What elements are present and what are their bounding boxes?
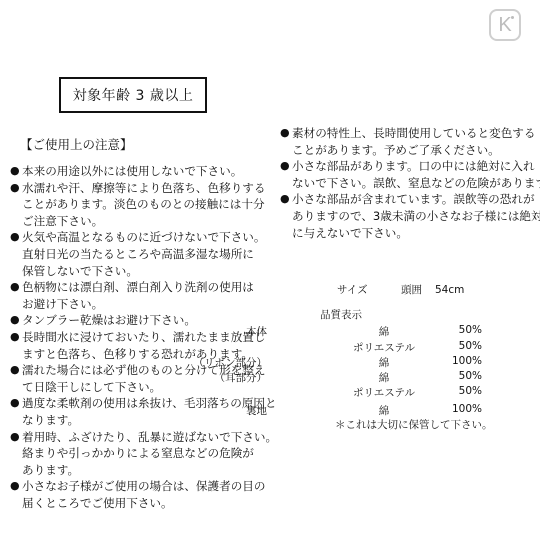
quality-part: （耳部分） [215,370,268,385]
bullet-icon: ● [10,429,20,446]
item-text: 絡まりや引っかかりによる窒息などの危険が [22,445,280,462]
list-item: ●小さなお子様がご使用の場合は、保護者の目の届くところでご使用下さい。 [10,478,280,511]
bullet-icon: ● [280,158,290,175]
logo-dot [511,16,514,19]
quality-part: 裏地 [246,403,267,418]
size-label: サイズ [337,283,368,298]
list-item: ●小さな部品が含まれています。誤飲等の恐れがありますので、3歳未満の小さなお子様… [280,191,540,241]
item-text: 小さなお子様がご使用の場合は、保護者の目の [22,478,280,495]
quality-percent: 100% [452,355,482,367]
age-label: 対象年齢 3 歳以上 [73,85,194,105]
quality-row: ポリエステル50% [0,340,540,355]
item-text: ことがあります。淡色のものとの接触には十分 [22,196,280,213]
quality-percent: 50% [459,370,482,382]
item-text: 水濡れや汗、摩擦等により色落ち、色移りする [22,180,280,197]
quality-material: 綿 [379,355,390,370]
item-text: 着用時、ふざけたり、乱暴に遊ばないで下さい。 [22,429,280,446]
item-text: に与えないで下さい。 [292,225,540,242]
bullet-icon: ● [10,163,20,180]
size-row: サイズ 頭囲 54cm [0,283,540,299]
item-text: 素材の特性上、長時間使用していると変色する [292,125,540,142]
logo-letter: K [498,14,511,37]
bullet-icon: ● [280,191,290,208]
list-item: ●本来の用途以外には使用しないで下さい。 [10,163,280,180]
bullet-icon: ● [10,180,20,197]
item-text: 火気や高温となるものに近づけないで下さい。 [22,229,280,246]
item-text: ことがあります。予めご了承ください。 [292,142,540,159]
item-text: あります。 [22,462,280,479]
quality-row: ポリエステル50% [0,385,540,400]
quality-material: ポリエステル [353,385,415,400]
age-label-box: 対象年齢 3 歳以上 [59,77,207,113]
material-warnings: ●素材の特性上、長時間使用していると変色することがあります。予めご了承ください。… [280,125,540,241]
list-item: ●素材の特性上、長時間使用していると変色することがあります。予めご了承ください。 [280,125,540,158]
item-text: 保管しないで下さい。 [22,263,280,280]
item-text: ないで下さい。誤飲、窒息などの危険があります。 [292,175,540,192]
quality-part: 本体 [246,324,267,339]
quality-title: 品質表示 [320,307,362,322]
quality-percent: 50% [459,385,482,397]
item-text: 小さな部品があります。口の中には絶対に入れ [292,158,540,175]
item-text: 直射日光の当たるところや高温多湿な場所に [22,246,280,263]
warnings-list: ●素材の特性上、長時間使用していると変色することがあります。予めご了承ください。… [280,125,540,241]
bullet-icon: ● [280,125,290,142]
quality-material: ポリエステル [353,340,415,355]
size-value: 54cm [435,283,464,298]
quality-row: （リボン部分）綿100% [0,355,540,370]
quality-material: 綿 [379,403,390,418]
quality-percent: 50% [459,340,482,352]
quality-material: 綿 [379,324,390,339]
quality-part: （リボン部分） [194,355,268,370]
bullet-icon: ● [10,229,20,246]
list-item: ●着用時、ふざけたり、乱暴に遊ばないで下さい。絡まりや引っかかりによる窒息などの… [10,429,280,479]
bullet-icon: ● [10,478,20,495]
quality-row: 本体綿50% [0,324,540,339]
item-text: ご注意下さい。 [22,213,280,230]
item-text: 本来の用途以外には使用しないで下さい。 [22,163,280,180]
list-item: ●火気や高温となるものに近づけないで下さい。直射日光の当たるところや高温多湿な場… [10,229,280,279]
quality-row: （耳部分）綿50% [0,370,540,385]
k-logo-icon: K [489,9,521,41]
quality-percent: 100% [452,403,482,415]
precautions-heading: 【ご使用上の注意】 [20,135,280,155]
quality-percent: 50% [459,324,482,336]
list-item: ●小さな部品があります。口の中には絶対に入れないで下さい。誤飲、窒息などの危険が… [280,158,540,191]
quality-material: 綿 [379,370,390,385]
size-measure: 頭囲 [401,283,422,298]
storage-note: ＊これは大切に保管して下さい。 [335,417,493,432]
quality-row: 裏地綿100% [0,403,540,418]
item-text: 小さな部品が含まれています。誤飲等の恐れが [292,191,540,208]
item-text: ありますので、3歳未満の小さなお子様には絶対 [292,208,540,225]
list-item: ●水濡れや汗、摩擦等により色落ち、色移りすることがあります。淡色のものとの接触に… [10,180,280,230]
item-text: 届くところでご使用下さい。 [22,495,280,512]
